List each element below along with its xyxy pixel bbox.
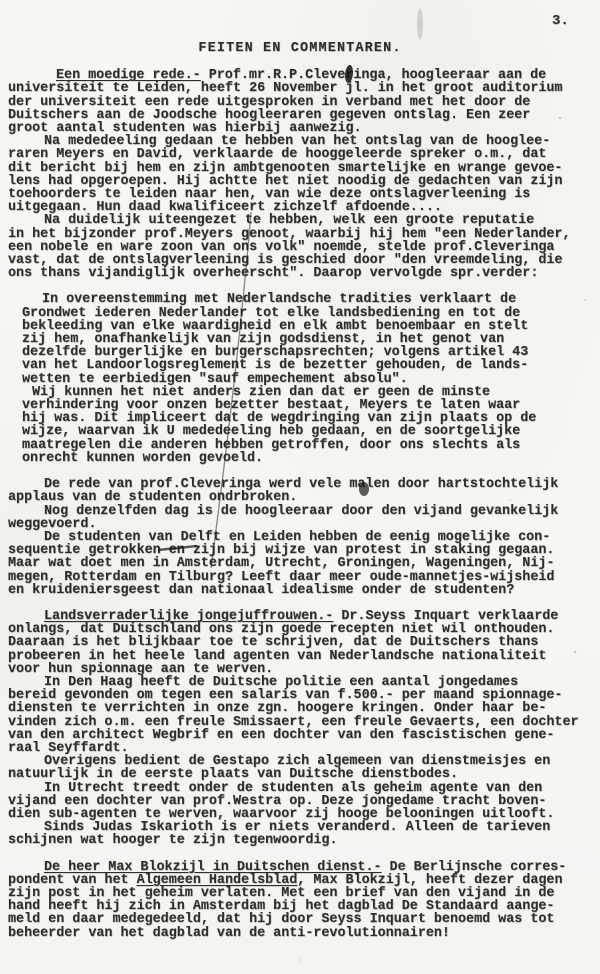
scanned-document-page: 3. FEITEN EN COMMENTAREN. Een moedige re… — [0, 0, 600, 974]
paragraph-weggevoerd: Nog denzelfden dag is de hoogleeraar doo… — [8, 505, 596, 531]
smudge-mark — [417, 8, 423, 40]
paragraph-studenten: De studenten van Delft en Leiden hebben … — [8, 531, 596, 597]
paragraph-mededeeling: Na mededeeling gedaan te hebben van het … — [8, 135, 596, 214]
paragraph-reputatie: Na duidelijk uiteengezet te hebben, welk… — [8, 214, 596, 280]
paragraph-jongejuffrouwen: Landsverraderlijke jongejuffrouwen.- Dr.… — [8, 610, 596, 676]
paragraph-denhaag: In Den Haag heeft de Duitsche politie ee… — [8, 676, 596, 755]
paragraph-blokzijl: De heer Max Blokzijl in Duitschen dienst… — [8, 861, 596, 940]
page-number: 3. — [552, 15, 569, 28]
paragraph-gestapo: Overigens bedient de Gestapo zich algeme… — [8, 755, 596, 781]
quote-paragraph-grondwet: In overeenstemming met Nederlandsche tra… — [22, 293, 596, 385]
paragraph-applaus: De rede van prof.Cleveringa werd vele ma… — [8, 478, 596, 504]
document-body: Een moedige rede.- Prof.mr.R.P.Clevering… — [0, 69, 600, 940]
paragraph-utrecht: In Utrecht treedt onder de studenten als… — [8, 782, 596, 822]
quote-paragraph-bezetter: Wij kunnen het niet anders zien dan dat … — [22, 386, 596, 465]
paragraph-judas: Sinds Judas Iskarioth is er niets verand… — [8, 821, 596, 847]
paragraph-moedige-rede: Een moedige rede.- Prof.mr.R.P.Clevering… — [8, 69, 596, 135]
quoted-speech-block: In overeenstemming met Nederlandsche tra… — [8, 293, 596, 465]
page-title: FEITEN EN COMMENTAREN. — [0, 42, 600, 55]
